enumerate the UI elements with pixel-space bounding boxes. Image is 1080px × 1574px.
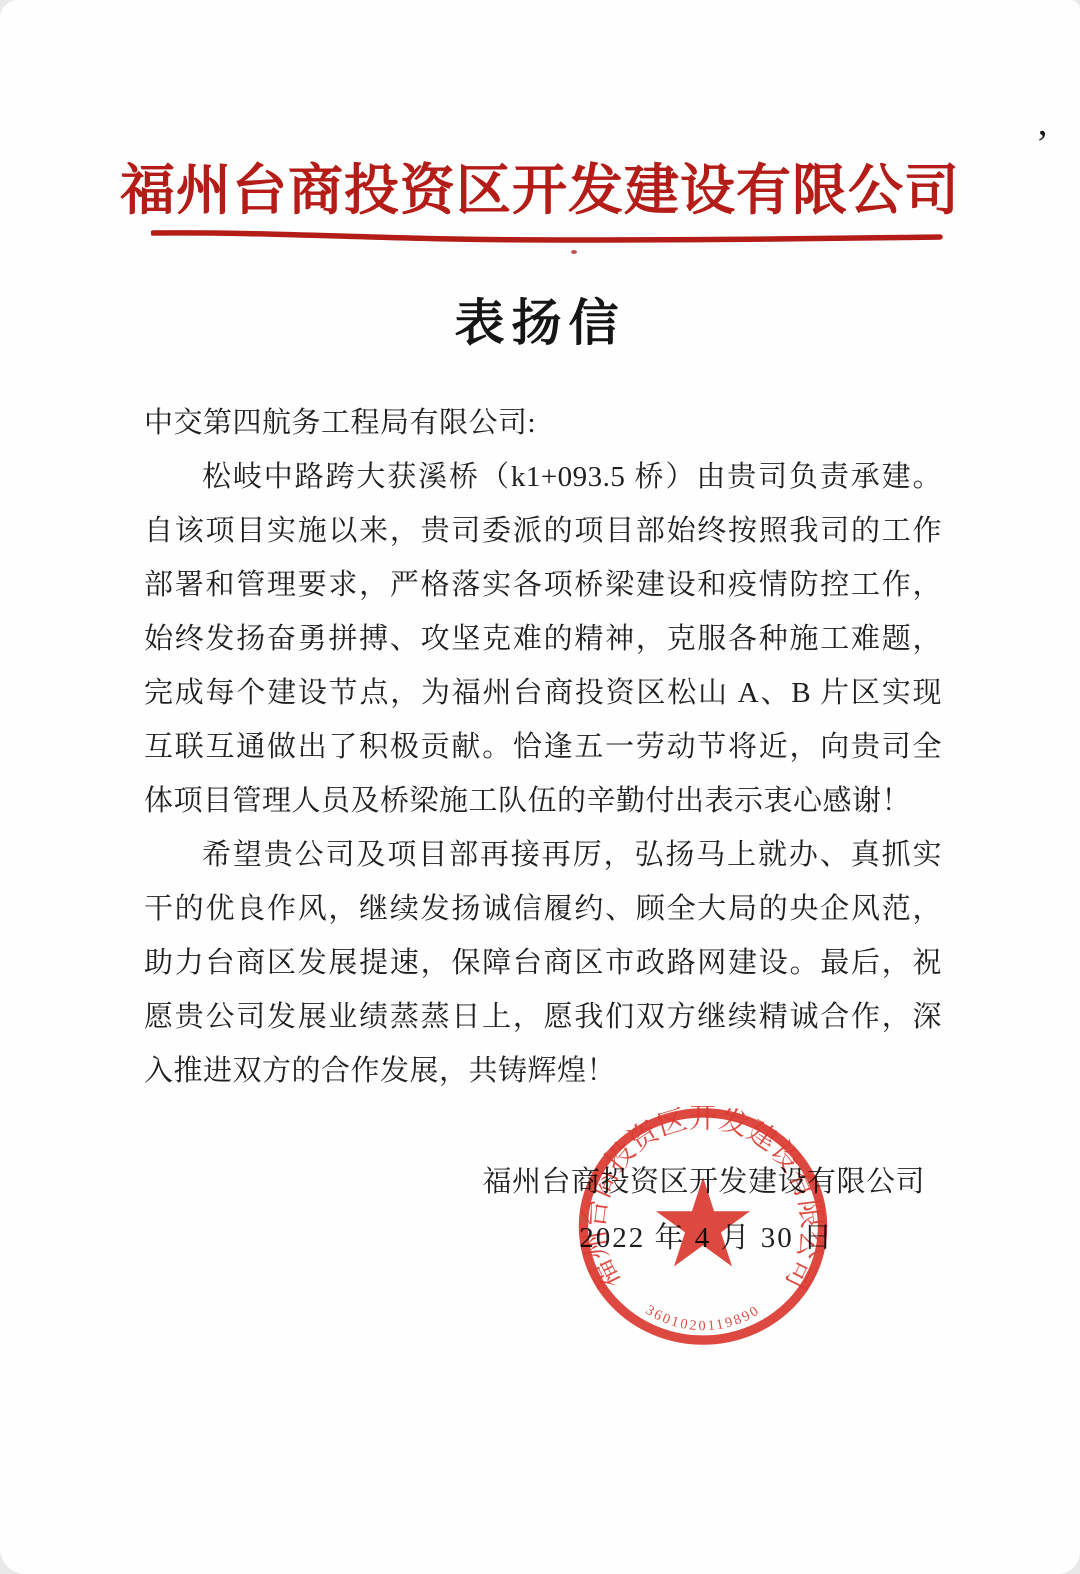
body-line: 干的优良作风，继续发扬诚信履约、顾全大局的央企风范， bbox=[144, 882, 942, 936]
body-line: 愿贵公司发展业绩蒸蒸日上，愿我们双方继续精诚合作，深 bbox=[144, 990, 942, 1044]
body-line: 完成每个建设节点，为福州台商投资区松山 A、B 片区实现 bbox=[144, 666, 942, 720]
body-line: 助力台商区发展提速，保障台商区市政路网建设。最后，祝 bbox=[144, 936, 942, 990]
body-line: 始终发扬奋勇拼搏、攻坚克难的精神，克服各种施工难题， bbox=[144, 612, 942, 666]
letterhead-rule bbox=[151, 228, 943, 246]
body-line: 希望贵公司及项目部再接再厉，弘扬马上就办、真抓实 bbox=[144, 828, 942, 882]
letter-body: 中交第四航务工程局有限公司: 松岐中路跨大获溪桥（k1+093.5 桥）由贵司负… bbox=[144, 396, 942, 1098]
body-line: 松岐中路跨大获溪桥（k1+093.5 桥）由贵司负责承建。 bbox=[144, 450, 942, 504]
document-title: 表扬信 bbox=[0, 283, 1080, 355]
body-line: 入推进双方的合作发展，共铸辉煌！ bbox=[144, 1044, 942, 1098]
ink-speck-mark: ’ bbox=[1036, 122, 1049, 166]
salutation-line: 中交第四航务工程局有限公司: bbox=[144, 396, 942, 450]
ink-speck-red bbox=[571, 250, 577, 254]
body-line: 互联互通做出了积极贡献。恰逢五一劳动节将近，向贵司全 bbox=[144, 720, 942, 774]
body-line: 体项目管理人员及桥梁施工队伍的辛勤付出表示衷心感谢！ bbox=[144, 774, 942, 828]
official-seal: 福州台商投资区开发建设有限公司 3601020119890 bbox=[574, 1106, 832, 1348]
body-line: 部署和管理要求，严格落实各项桥梁建设和疫情防控工作， bbox=[144, 558, 942, 612]
letterhead-company-name: 福州台商投资区开发建设有限公司 bbox=[0, 146, 1080, 225]
commendation-letter-page: 福州台商投资区开发建设有限公司 ’ 表扬信 中交第四航务工程局有限公司: 松岐中… bbox=[0, 0, 1080, 1574]
body-line: 自该项目实施以来，贵司委派的项目部始终按照我司的工作 bbox=[144, 504, 942, 558]
red-star-icon bbox=[656, 1177, 750, 1266]
